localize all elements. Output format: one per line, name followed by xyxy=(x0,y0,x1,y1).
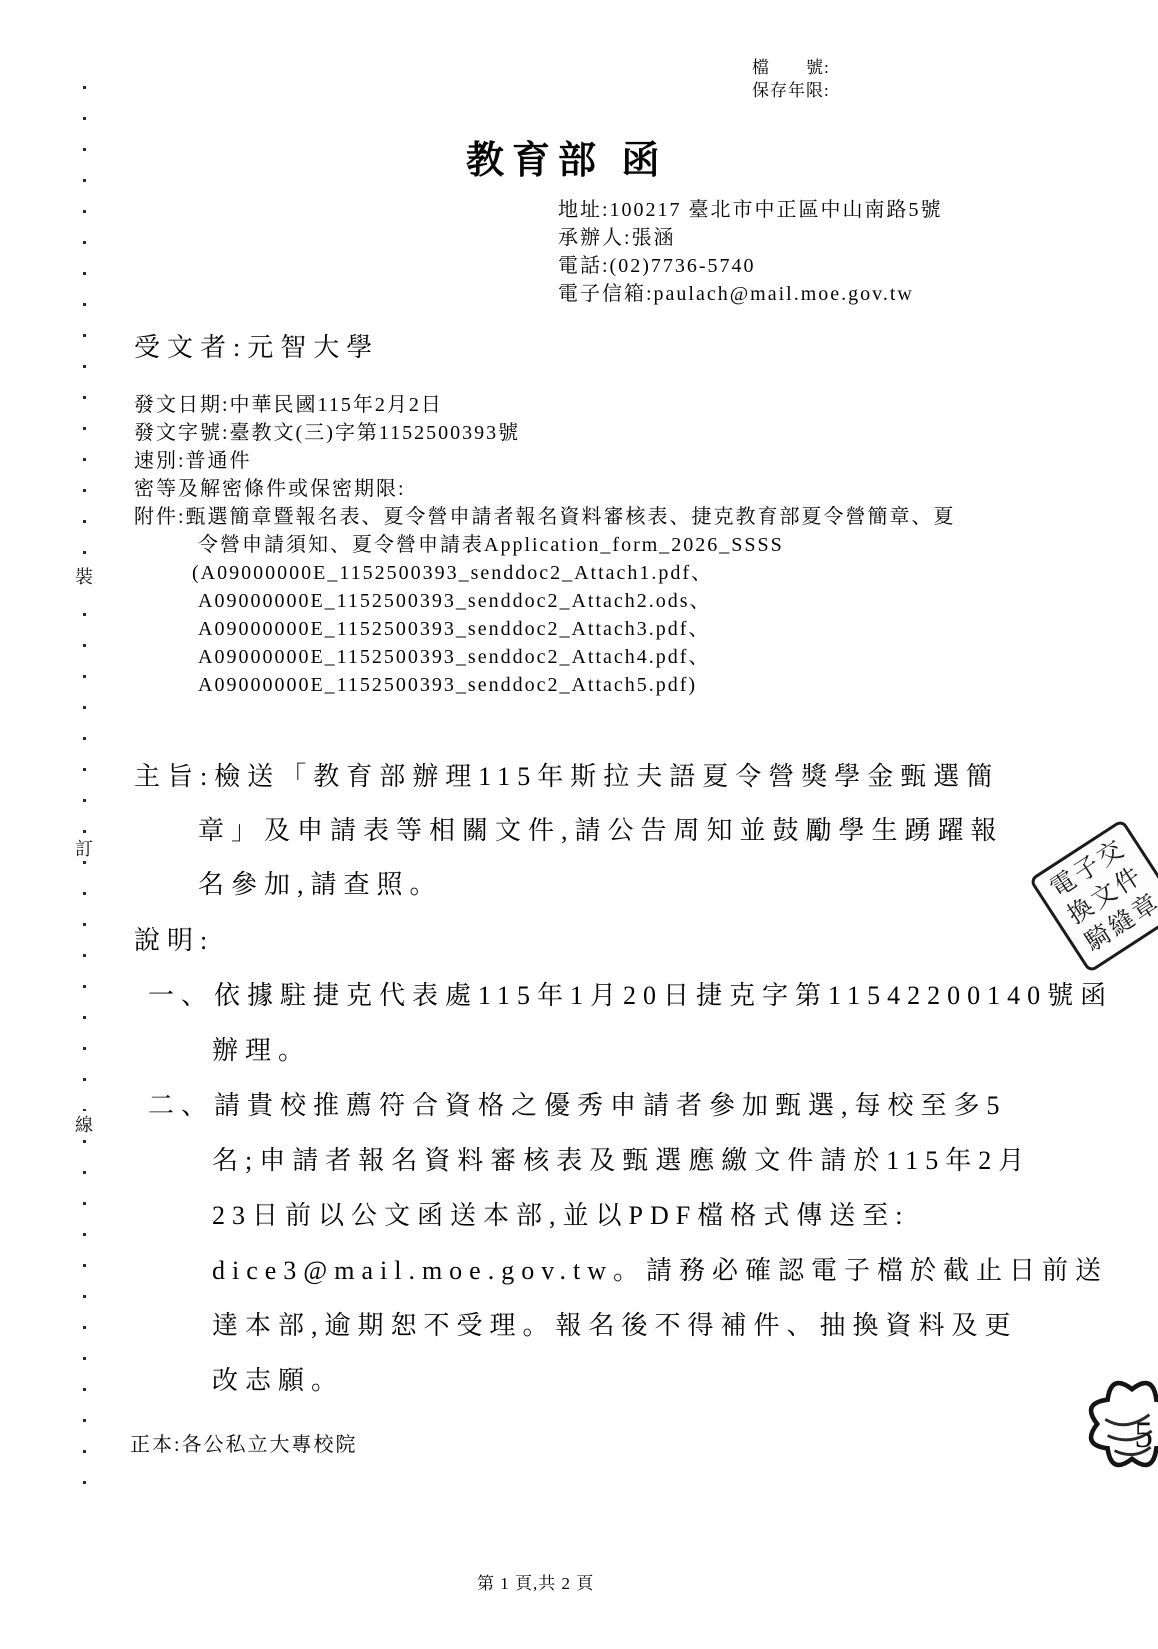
official-letter-page: 裝 訂 線 檔 號: 保存年限: 教育部 函 地址:100217 臺北市中正區中… xyxy=(0,0,1158,1649)
attachment-file-5: A09000000E_1152500393_senddoc2_Attach5.p… xyxy=(198,674,697,697)
description-item2-line-2: 名;申請者報名資料審核表及甄選應繳文件請於115年2月 xyxy=(212,1146,1031,1176)
archive-file-no-label: 檔 號: xyxy=(752,58,830,78)
description-item1-line-2: 辦理。 xyxy=(212,1036,311,1066)
sender-address: 地址:100217 臺北市中正區中山南路5號 xyxy=(558,199,943,222)
description-item2-line-6: 改志願。 xyxy=(212,1366,344,1396)
attachment-line-2: 令營申請須知、夏令營申請表Application_form_2026_SSSS xyxy=(198,534,784,557)
description-heading: 說明: xyxy=(134,926,214,956)
original-copy-line: 正本:各公私立大專校院 xyxy=(130,1434,358,1457)
description-item2-line-5: 達本部,逾期恕不受理。報名後不得補件、抽換資料及更 xyxy=(212,1311,1018,1341)
electronic-exchange-stamp: 電子交 換文件 騎縫章 xyxy=(1029,819,1158,974)
attachment-file-1: (A09000000E_1152500393_senddoc2_Attach1.… xyxy=(192,562,713,585)
binding-mark-xian: 線 xyxy=(70,1111,98,1137)
description-item1-line-1: 一、依據駐捷克代表處115年1月20日捷克字第11542200140號函 xyxy=(148,981,1113,1011)
description-item2-line-3: 23日前以公文函送本部,並以PDF檔格式傳送至: xyxy=(212,1201,909,1231)
description-item2-line-1: 二、請貴校推薦符合資格之優秀申請者參加甄選,每校至多5 xyxy=(148,1091,1007,1121)
page-number-stamp: 5 xyxy=(1074,1366,1158,1482)
attachment-file-2: A09000000E_1152500393_senddoc2_Attach2.o… xyxy=(198,590,712,613)
attachment-line-1: 附件:甄選簡章暨報名表、夏令營申請者報名資料審核表、捷克教育部夏令營簡章、夏 xyxy=(134,506,956,529)
priority-line: 速別:普通件 xyxy=(134,450,252,473)
security-line: 密等及解密條件或保密期限: xyxy=(134,478,406,501)
subject-line-1: 主旨:檢送「教育部辦理115年斯拉夫語夏令營獎學金甄選簡 xyxy=(134,762,999,792)
page-footer: 第 1 頁,共 2 頁 xyxy=(477,1574,594,1594)
archive-retention-label: 保存年限: xyxy=(752,81,830,101)
description-item2-line-4: dice3@mail.moe.gov.tw。請務必確認電子檔於截止日前送 xyxy=(212,1256,1108,1286)
stamp-page-number: 5 xyxy=(1134,1415,1153,1456)
recipient-line: 受文者:元智大學 xyxy=(134,333,379,363)
subject-line-2: 章」及申請表等相關文件,請公告周知並鼓勵學生踴躍報 xyxy=(198,816,1004,846)
sender-contact-person: 承辦人:張涵 xyxy=(558,227,676,250)
doc-number-line: 發文字號:臺教文(三)字第1152500393號 xyxy=(134,422,520,445)
attachment-file-4: A09000000E_1152500393_senddoc2_Attach4.p… xyxy=(198,646,710,669)
binding-mark-zhuang: 裝 xyxy=(70,563,98,589)
issue-date-line: 發文日期:中華民國115年2月2日 xyxy=(134,394,443,417)
binding-dotted-line xyxy=(83,86,86,1510)
binding-mark-ding: 訂 xyxy=(70,835,98,861)
document-title: 教育部 函 xyxy=(466,140,668,184)
subject-line-3: 名參加,請查照。 xyxy=(198,870,443,900)
sender-phone: 電話:(02)7736-5740 xyxy=(558,255,756,278)
attachment-file-3: A09000000E_1152500393_senddoc2_Attach3.p… xyxy=(198,618,710,641)
sender-email: 電子信箱:paulach@mail.moe.gov.tw xyxy=(558,283,914,306)
